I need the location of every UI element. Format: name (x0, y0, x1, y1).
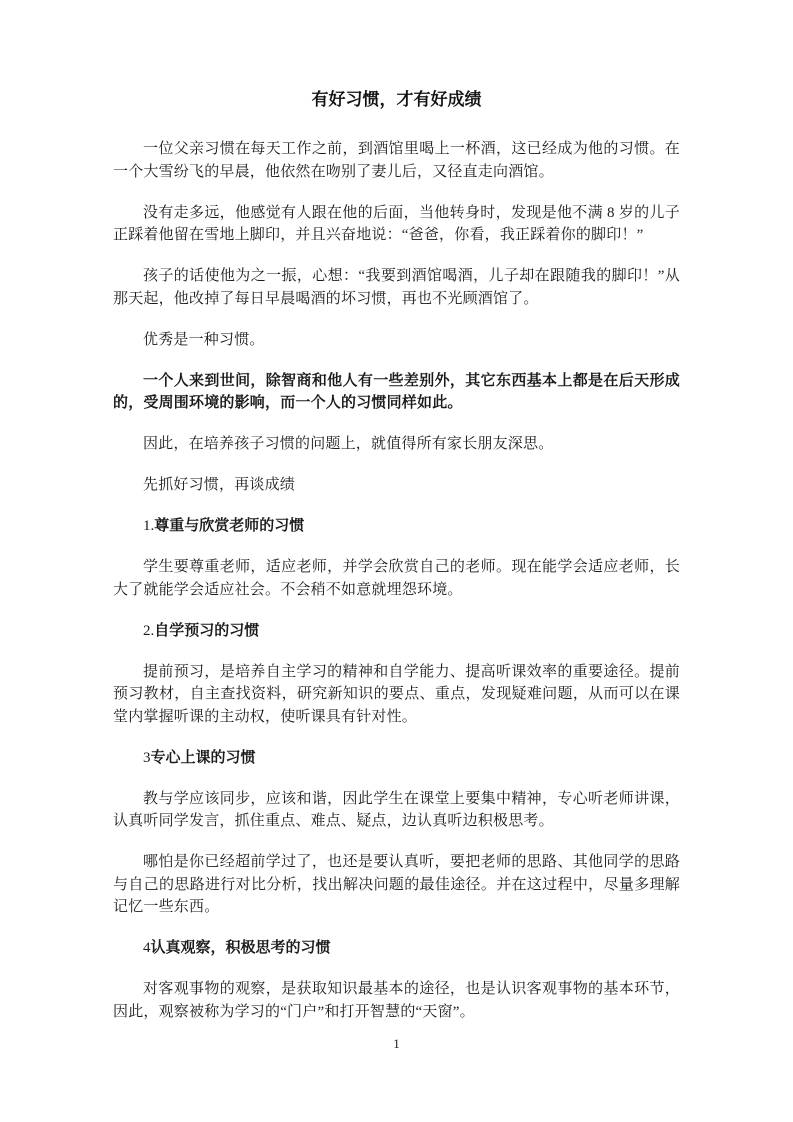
paragraph: 优秀是一种习惯。 (113, 329, 680, 352)
section-heading: 2.自学预习的习惯 (113, 620, 680, 643)
page-footer: 1 (0, 1036, 793, 1052)
document-page: 有好习惯，才有好成绩 一位父亲习惯在每天工作之前，到酒馆里喝上一杯酒，这已经成为… (0, 0, 793, 1122)
heading-number: 3 (143, 750, 151, 766)
paragraph: 因此，在培养孩子习惯的问题上，就值得所有家长朋友深思。 (113, 433, 680, 456)
heading-text: 尊重与欣赏老师的习惯 (154, 518, 304, 534)
paragraph: 教与学应该同步，应该和谐，因此学生在课堂上要集中精神，专心听老师讲课，认真听同学… (113, 788, 680, 833)
page-number: 1 (393, 1036, 400, 1051)
document-title: 有好习惯，才有好成绩 (113, 88, 680, 112)
section-heading: 1.尊重与欣赏老师的习惯 (113, 515, 680, 538)
heading-text: 自学预习的习惯 (154, 623, 259, 639)
document-body: 一位父亲习惯在每天工作之前，到酒馆里喝上一杯酒，这已经成为他的习惯。在一个大雪纷… (113, 138, 680, 1023)
section-heading: 3专心上课的习惯 (113, 747, 680, 770)
section-heading: 4认真观察，积极思考的习惯 (113, 937, 680, 960)
paragraph: 学生要尊重老师，适应老师，并学会欣赏自己的老师。现在能学会适应老师，长大了就能学… (113, 556, 680, 601)
heading-number: 4 (143, 940, 151, 956)
paragraph: 对客观事物的观察，是获取知识最基本的途径，也是认识客观事物的基本环节，因此，观察… (113, 978, 680, 1023)
heading-number: 1. (143, 518, 154, 534)
document-content: 有好习惯，才有好成绩 一位父亲习惯在每天工作之前，到酒馆里喝上一杯酒，这已经成为… (113, 88, 680, 1042)
heading-text: 专心上课的习惯 (151, 750, 256, 766)
paragraph: 没有走多远，他感觉有人跟在他的后面，当他转身时，发现是他不满 8 岁的儿子正踩着… (113, 202, 680, 247)
paragraph: 孩子的话使他为之一振，心想：“我要到酒馆喝酒，儿子却在跟随我的脚印！”从那天起，… (113, 265, 680, 310)
heading-number: 2. (143, 623, 154, 639)
paragraph: 一个人来到世间，除智商和他人有一些差别外，其它东西基本上都是在后天形成的，受周围… (113, 370, 680, 415)
paragraph: 一位父亲习惯在每天工作之前，到酒馆里喝上一杯酒，这已经成为他的习惯。在一个大雪纷… (113, 138, 680, 183)
heading-text: 认真观察，积极思考的习惯 (151, 940, 331, 956)
paragraph: 哪怕是你已经超前学过了，也还是要认真听，要把老师的思路、其他同学的思路与自己的思… (113, 851, 680, 919)
paragraph: 提前预习，是培养自主学习的精神和自学能力、提高听课效率的重要途径。提前预习教材，… (113, 661, 680, 729)
paragraph: 先抓好习惯，再谈成绩 (113, 474, 680, 497)
